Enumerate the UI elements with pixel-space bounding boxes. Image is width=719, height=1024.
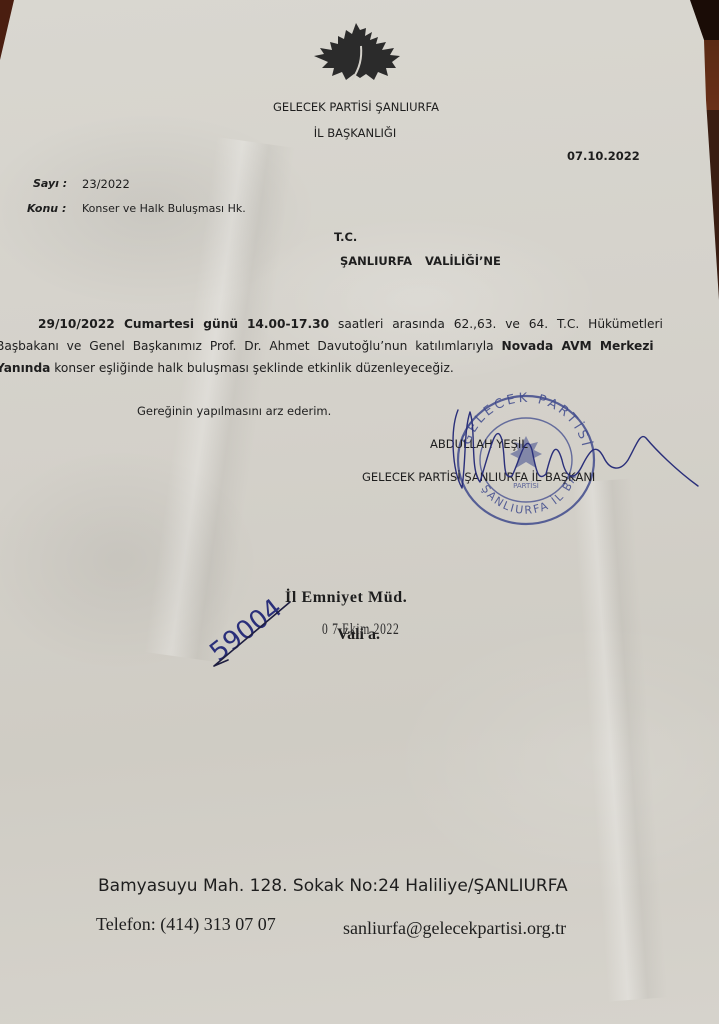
office-name: İL BAŞKANLIĞI (314, 126, 396, 140)
footer-phone: Telefon: (414) 313 07 07 (96, 914, 276, 935)
closing-line: Gereğinin yapılmasını arz ederim. (137, 404, 331, 418)
footer-email: sanliurfa@gelecekpartisi.org.tr (343, 918, 566, 939)
konu-value: Konser ve Halk Buluşması Hk. (82, 202, 246, 215)
document-page: GELECEK PARTİSİ ŞANLIURFA İL BAŞKANLIĞI … (0, 0, 719, 1024)
party-name: GELECEK PARTİSİ ŞANLIURFA (273, 100, 439, 114)
maple-leaf-icon (308, 22, 404, 86)
svg-text:59004: 59004 (204, 593, 288, 668)
event-time: 14.00-17.30 (247, 317, 329, 331)
received-date-stamp: 0 7 Ekim 2022 (322, 621, 400, 639)
recipient-name: ŞANLIURFA VALİLİĞİ’NE (340, 254, 501, 268)
footer-address: Bamyasuyu Mah. 128. Sokak No:24 Haliliye… (98, 876, 568, 896)
event-date: 29/10/2022 Cumartesi günü (38, 317, 238, 331)
event-venue: Novada AVM Merkezi (502, 339, 654, 353)
recipient-tc: T.C. (334, 230, 357, 244)
body-paragraph: 29/10/2022 Cumartesi günü 14.00-17.30 sa… (0, 313, 700, 379)
konu-label: Konu : (27, 202, 66, 215)
sayi-label: Sayı : (33, 177, 67, 190)
police-directorate-stamp: İl Emniyet Müd. (285, 589, 407, 607)
sayi-value: 23/2022 (82, 177, 130, 191)
handwritten-signature (440, 390, 710, 500)
document-date: 07.10.2022 (567, 149, 640, 163)
